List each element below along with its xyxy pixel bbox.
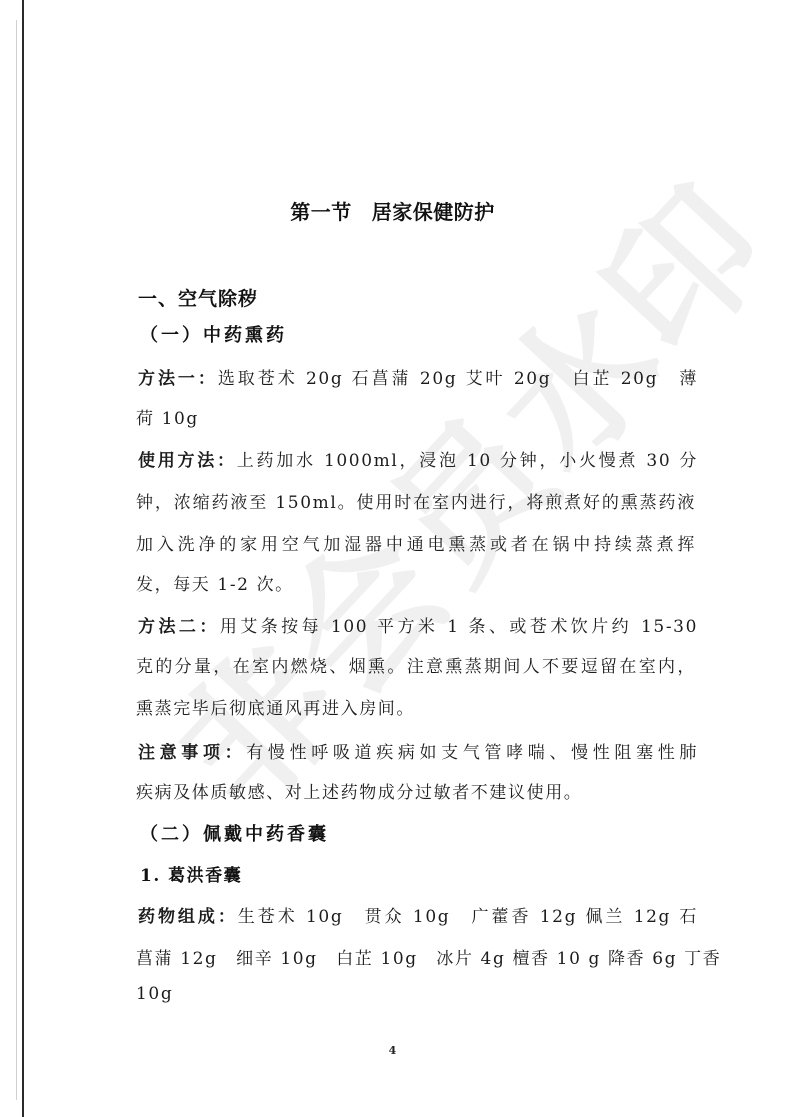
heading-sachet: （二）佩戴中药香囊 <box>140 820 329 846</box>
composition-line-1: 药物组成：生苍术 10g 贯众 10g 广藿香 12g 佩兰 12g 石 <box>138 902 698 927</box>
composition-text: 生苍术 10g 贯众 10g 广藿香 12g 佩兰 12g 石 <box>238 907 698 927</box>
method-1-text: 选取苍术 20g 石菖蒲 20g 艾叶 20g 白芷 20g 薄 <box>218 369 698 389</box>
method-2-line-3: 熏蒸完毕后彻底通风再进入房间。 <box>136 694 696 719</box>
method-2-line-1: 方法二：用艾条按每 100 平方米 1 条、或苍术饮片约 15-30 <box>138 612 698 637</box>
heading-fumigation: （一）中药熏药 <box>140 321 287 347</box>
usage-line-3: 加入洗净的家用空气加湿器中通电熏蒸或者在锅中持续蒸煮挥 <box>136 530 696 555</box>
method-1-line-2: 荷 10g <box>136 404 696 429</box>
method-2-text: 用艾条按每 100 平方米 1 条、或苍术饮片约 15-30 <box>220 617 698 637</box>
usage-label: 使用方法： <box>138 451 237 471</box>
composition-line-2: 菖蒲 12g 细辛 10g 白芷 10g 冰片 4g 檀香 10 g 降香 6g… <box>136 944 696 969</box>
heading-air-purification: 一、空气除秽 <box>138 284 258 311</box>
notes-text: 有慢性呼吸道疾病如支气管哮喘、慢性阻塞性肺 <box>246 743 698 763</box>
notes-label: 注意事项： <box>138 743 246 763</box>
section-number: 第一节 <box>290 200 352 224</box>
composition-label: 药物组成： <box>138 907 238 927</box>
document-page: 第一节居家保健防护 一、空气除秽 （一）中药熏药 方法一：选取苍术 20g 石菖… <box>0 0 785 1117</box>
usage-text: 上药加水 1000ml，浸泡 10 分钟，小火慢煮 30 分 <box>237 451 698 471</box>
composition-line-3: 10g <box>136 984 696 1004</box>
method-2-label: 方法二： <box>138 617 220 637</box>
usage-line-1: 使用方法：上药加水 1000ml，浸泡 10 分钟，小火慢煮 30 分 <box>138 446 698 471</box>
page-number: 4 <box>0 1044 785 1057</box>
usage-line-4: 发，每天 1-2 次。 <box>136 570 696 595</box>
usage-line-2: 钟，浓缩药液至 150ml。使用时在室内进行，将煎煮好的熏蒸药液 <box>136 488 696 513</box>
method-2-line-2: 克的分量，在室内燃烧、烟熏。注意熏蒸期间人不要逗留在室内， <box>136 652 696 677</box>
heading-gehong-sachet: 1. 葛洪香囊 <box>140 861 242 886</box>
notes-line-2: 疾病及体质敏感、对上述药物成分过敏者不建议使用。 <box>136 778 696 803</box>
method-1-line-1: 方法一：选取苍术 20g 石菖蒲 20g 艾叶 20g 白芷 20g 薄 <box>138 364 698 389</box>
notes-line-1: 注意事项：有慢性呼吸道疾病如支气管哮喘、慢性阻塞性肺 <box>138 738 698 763</box>
method-1-label: 方法一： <box>138 369 218 389</box>
section-title: 第一节居家保健防护 <box>0 196 785 225</box>
section-name: 居家保健防护 <box>372 200 495 224</box>
